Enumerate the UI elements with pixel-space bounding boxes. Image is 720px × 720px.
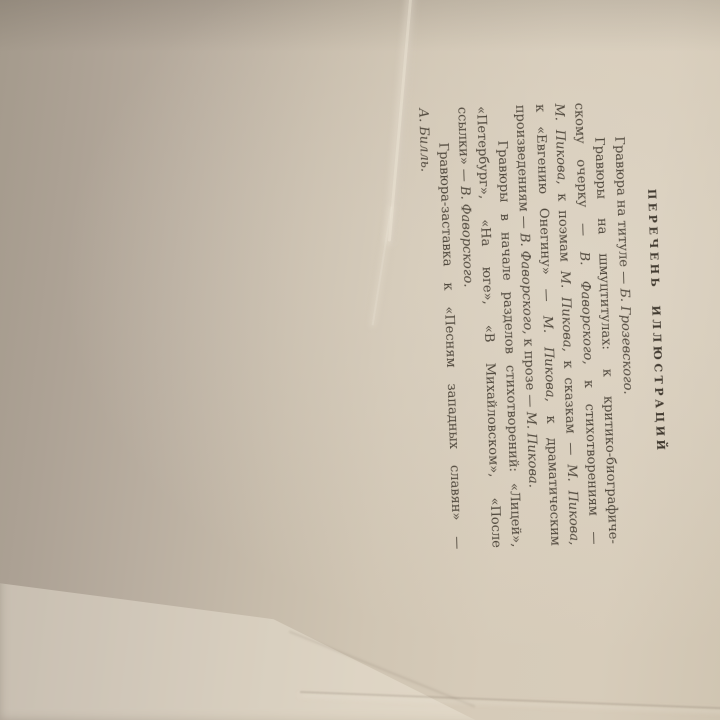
text-segment: ссылки» — [454,107,472,187]
artist-name: М. Пикова, [564,464,582,545]
text-segment: к сказкам — [560,351,579,464]
text-segment: Гравюра на титуле — [611,136,631,288]
text-segment: к прозе — [521,334,539,412]
artist-name: М. Пикова, [552,103,570,184]
illustrations-title: ПЕРЕЧЕНЬ ИЛЛЮСТРАЦИЙ [638,100,673,542]
artist-name: В. Фаворского, [517,233,536,335]
artist-name: В. Фаворского. [457,186,476,288]
illustration-list-lines: Гравюра на титуле — Б. Грозевского.Гравю… [413,101,643,550]
artist-name: М. Пикова, [539,315,557,402]
artist-name: В. Фаворского, [576,251,595,364]
artist-name: М. Пикова. [523,411,541,488]
artist-name: Б. Грозевского. [617,288,636,395]
artist-name: А. Билль. [415,108,432,172]
text-segment: к драматическим [542,401,562,546]
paper-crease [388,0,413,242]
illustration-list: ПЕРЕЧЕНЬ ИЛЛЮСТРАЦИЙ Гравюра на титуле —… [413,100,674,550]
paper-crease-lower [372,207,393,326]
text-segment: к поэмам [554,184,572,271]
book-photo: ПЕРЕЧЕНЬ ИЛЛЮСТРАЦИЙ Гравюра на титуле —… [0,0,720,720]
text-segment: скому очерку — [571,103,591,252]
text-segment: произведениям — [513,105,532,234]
artist-name: М. Пикова, [557,270,575,351]
